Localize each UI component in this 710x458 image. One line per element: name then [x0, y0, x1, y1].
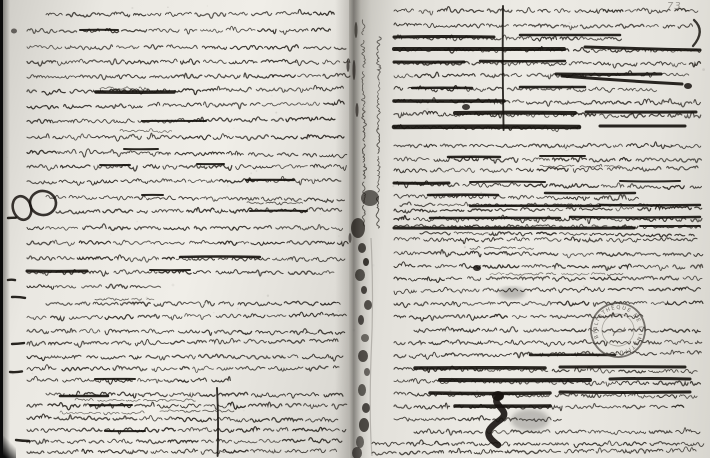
margin-dashes [8, 218, 29, 441]
folio-number: 73 [667, 1, 682, 12]
handwriting-layer: BIBLIOTHEQUE DE L'INSTITUT [0, 0, 710, 458]
manuscript-photo: BIBLIOTHEQUE DE L'INSTITUT 73 [0, 0, 710, 458]
fold-stains [351, 22, 379, 458]
ink-loop-doodle [10, 189, 58, 222]
